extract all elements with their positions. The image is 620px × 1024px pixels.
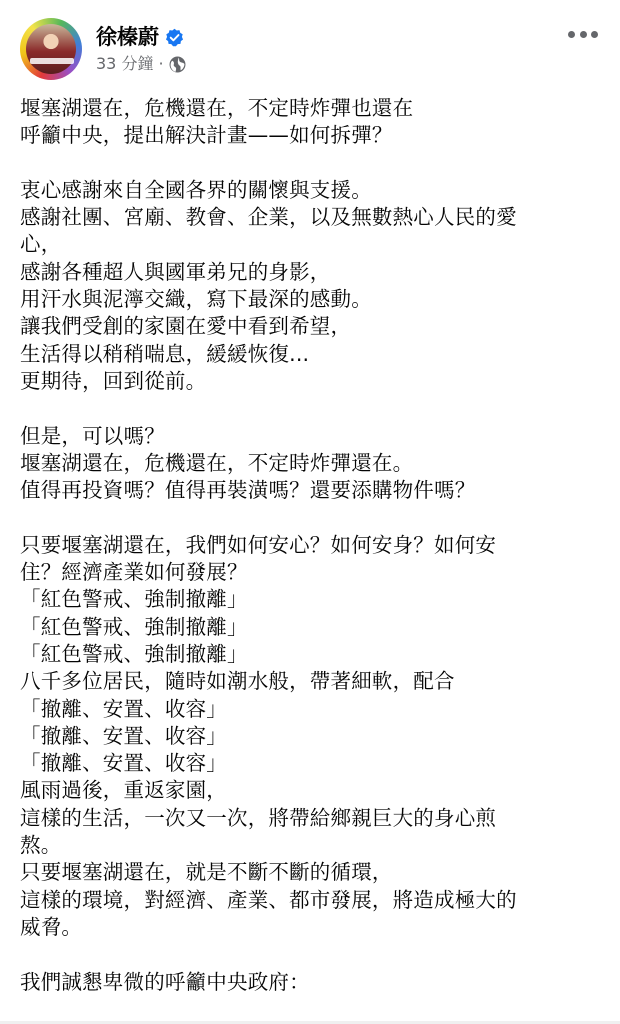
post-text-line: 熬。 bbox=[20, 832, 610, 859]
post-text-line: 住？經濟產業如何發展？ bbox=[20, 559, 610, 586]
post-body: 堰塞湖還在，危機還在，不定時炸彈也還在呼籲中央，提出解決計畫——如何拆彈？衷心感… bbox=[20, 95, 610, 996]
post-text-line: 堰塞湖還在，危機還在，不定時炸彈還在。 bbox=[20, 450, 610, 477]
post-text-line: 心， bbox=[20, 231, 610, 258]
post-text-line: 但是，可以嗎？ bbox=[20, 423, 610, 450]
post-text-line: 「紅色警戒、強制撤離」 bbox=[20, 614, 610, 641]
post-text-line: 讓我們受創的家園在愛中看到希望， bbox=[20, 313, 610, 340]
post-text-line: 「撤離、安置、收容」 bbox=[20, 696, 610, 723]
author-name[interactable]: 徐榛蔚 bbox=[96, 24, 159, 50]
post-text-line: 「撤離、安置、收容」 bbox=[20, 723, 610, 750]
post-meta: 33 分鐘 · bbox=[96, 54, 186, 74]
author-avatar[interactable] bbox=[20, 18, 82, 80]
post-text-line: 只要堰塞湖還在，就是不斷不斷的循環， bbox=[20, 859, 610, 886]
post-text-line: 呼籲中央，提出解決計畫——如何拆彈？ bbox=[20, 122, 610, 149]
avatar-photo bbox=[26, 24, 76, 74]
meta-separator: · bbox=[158, 54, 163, 74]
avatar-signature-overlay bbox=[30, 58, 74, 64]
post-text-line: 用汗水與泥濘交織，寫下最深的感動。 bbox=[20, 286, 610, 313]
post-text-line: 感謝社團、宮廟、教會、企業，以及無數熱心人民的愛 bbox=[20, 204, 610, 231]
paragraph-break bbox=[20, 504, 610, 531]
post-text-line: 只要堰塞湖還在，我們如何安心？如何安身？如何安 bbox=[20, 532, 610, 559]
post-text-line: 值得再投資嗎？值得再裝潢嗎？還要添購物件嗎？ bbox=[20, 477, 610, 504]
post-text-line: 這樣的生活，一次又一次，將帶給鄉親巨大的身心煎 bbox=[20, 805, 610, 832]
more-options-button[interactable] bbox=[568, 26, 598, 42]
author-name-row: 徐榛蔚 bbox=[96, 24, 184, 50]
post-text-line: 「撤離、安置、收容」 bbox=[20, 750, 610, 777]
post-header: 徐榛蔚 33 分鐘 · bbox=[0, 0, 620, 90]
post-text-line: 堰塞湖還在，危機還在，不定時炸彈也還在 bbox=[20, 95, 610, 122]
post-text-line: 更期待，回到從前。 bbox=[20, 368, 610, 395]
post-timestamp[interactable]: 33 分鐘 bbox=[96, 54, 153, 74]
post-text-line: 生活得以稍稍喘息，緩緩恢復... bbox=[20, 341, 610, 368]
paragraph-break bbox=[20, 941, 610, 968]
paragraph-break bbox=[20, 150, 610, 177]
globe-icon[interactable] bbox=[169, 56, 186, 73]
post-text-line: 衷心感謝來自全國各界的關懷與支援。 bbox=[20, 177, 610, 204]
paragraph-break bbox=[20, 395, 610, 422]
more-dot-icon bbox=[568, 31, 575, 38]
more-dot-icon bbox=[580, 31, 587, 38]
post-text-line: 風雨過後，重返家園， bbox=[20, 777, 610, 804]
post-text-line: 我們誠懇卑微的呼籲中央政府： bbox=[20, 969, 610, 996]
post-text-line: 八千多位居民，隨時如潮水般，帶著細軟，配合 bbox=[20, 668, 610, 695]
more-dot-icon bbox=[591, 31, 598, 38]
post-text-line: 「紅色警戒、強制撤離」 bbox=[20, 586, 610, 613]
post-text-line: 這樣的環境，對經濟、產業、都市發展，將造成極大的 bbox=[20, 887, 610, 914]
post-text-line: 感謝各種超人與國軍弟兄的身影， bbox=[20, 259, 610, 286]
post-text-line: 「紅色警戒、強制撤離」 bbox=[20, 641, 610, 668]
verified-badge-icon bbox=[165, 28, 184, 47]
post-text-line: 威脅。 bbox=[20, 914, 610, 941]
